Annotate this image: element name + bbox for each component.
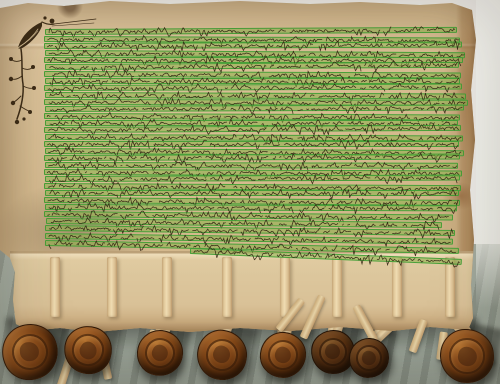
wax-seal (132, 325, 188, 381)
wax-seal (348, 337, 389, 378)
wax-seal (0, 316, 66, 384)
wax-seal (440, 329, 495, 384)
charter-photograph (0, 0, 500, 384)
seal-row (0, 0, 500, 384)
wax-seal (257, 329, 309, 381)
wax-seal (193, 326, 252, 384)
wax-seal (58, 320, 118, 380)
